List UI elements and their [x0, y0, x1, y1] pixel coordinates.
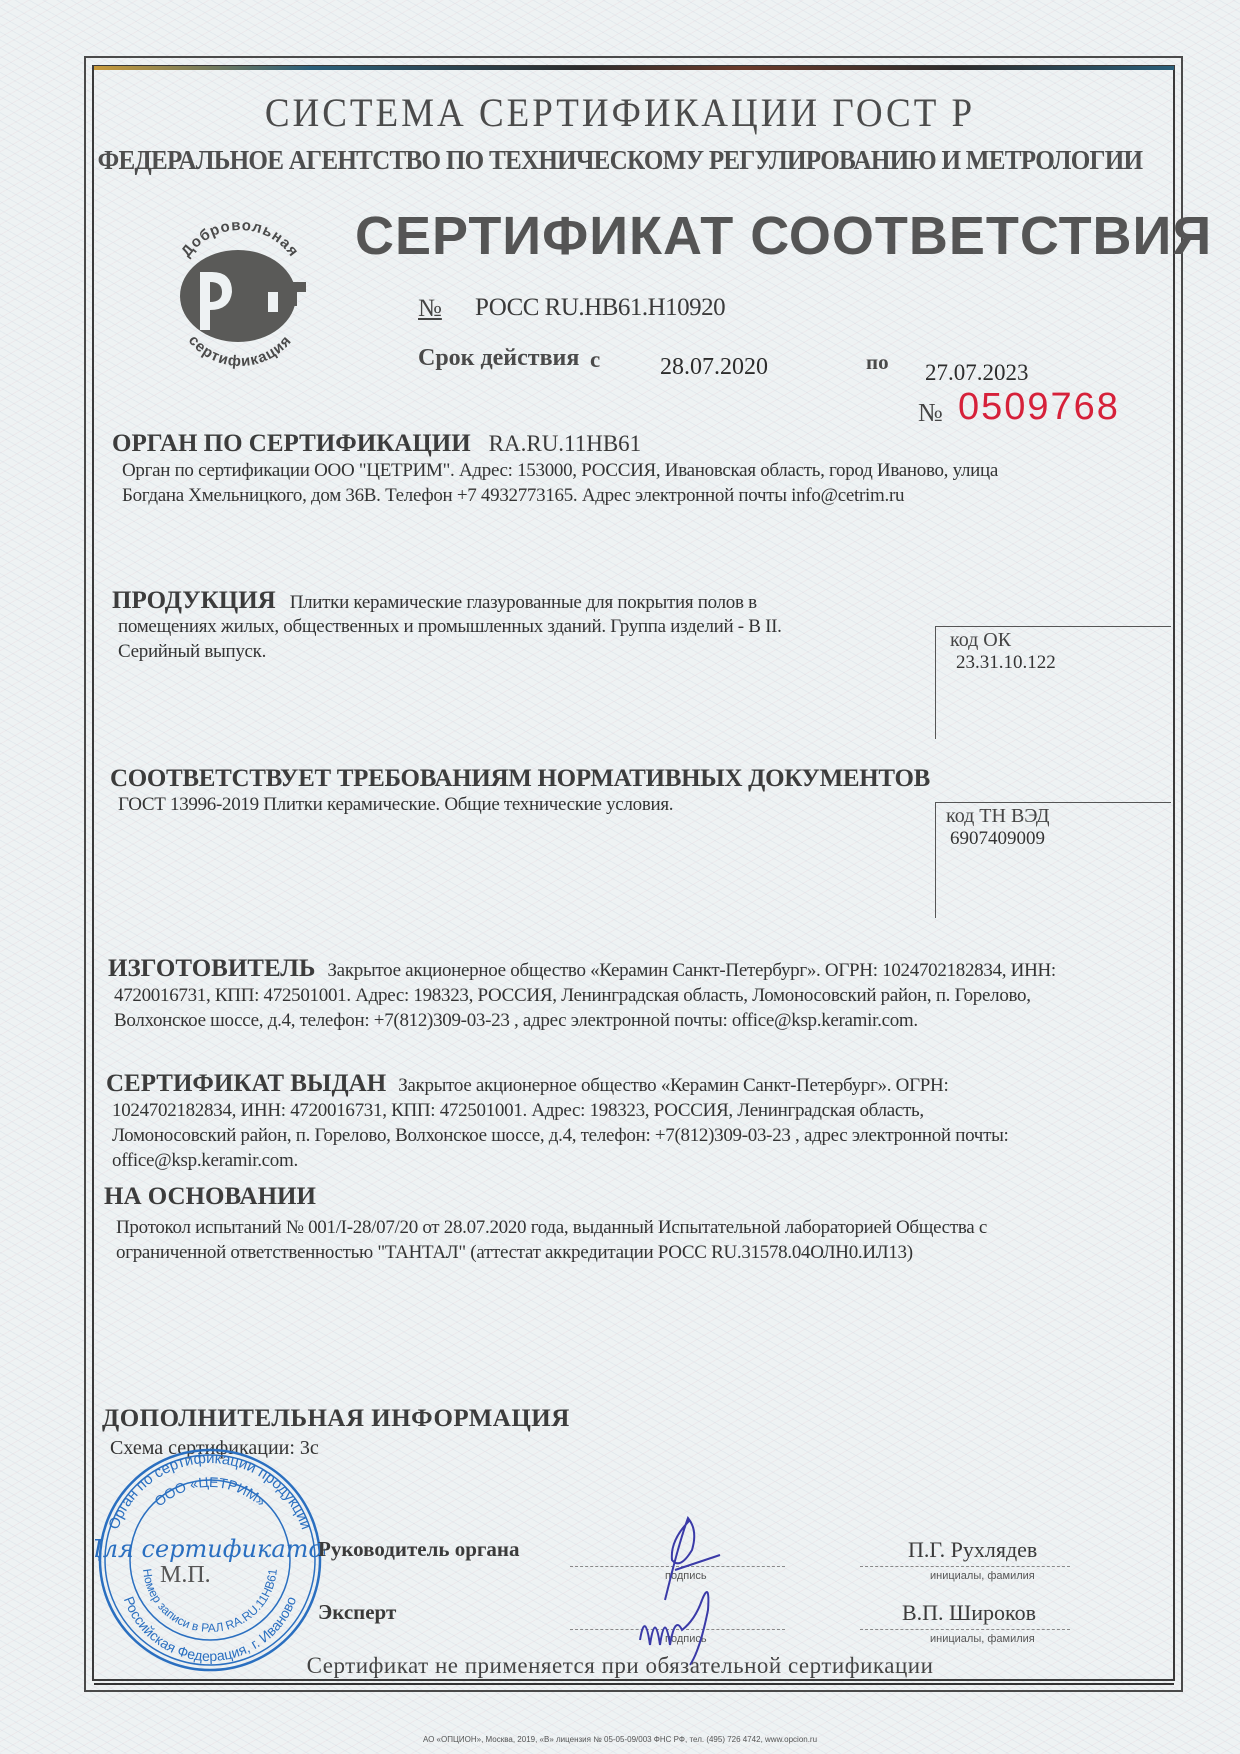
- manufacturer-details: 4720016731, КПП: 472501001. Адрес: 19832…: [114, 983, 1031, 1033]
- head-name-line: [860, 1566, 1070, 1567]
- handwritten-signatures: [620, 1500, 740, 1670]
- head-of-body-label: Руководитель органа: [318, 1537, 520, 1562]
- validity-label: Срок действия: [418, 345, 579, 372]
- certification-body-code: RA.RU.11HB61: [489, 431, 642, 456]
- svg-text:ООО «ЦЕТРИМ»: ООО «ЦЕТРИМ»: [151, 1474, 269, 1510]
- certificate-number: РОСС RU.HB61.H10920: [475, 294, 725, 322]
- expert-label: Эксперт: [318, 1600, 396, 1625]
- printer-imprint: АО «ОПЦИОН», Москва, 2019, «В» лицензия …: [0, 1735, 1240, 1744]
- certification-body-section: ОРГАН ПО СЕРТИФИКАЦИИ RA.RU.11HB61: [112, 430, 641, 458]
- expert-name-line: [860, 1629, 1070, 1630]
- issued-to-first-line: Закрытое акционерное общество «Керамин С…: [398, 1075, 948, 1096]
- validity-to-label: по: [866, 350, 889, 375]
- agency-title: ФЕДЕРАЛЬНОЕ АГЕНТСТВО ПО ТЕХНИЧЕСКОМУ РЕ…: [43, 145, 1196, 176]
- basis-details: Протокол испытаний № 001/I-28/07/20 от 2…: [116, 1215, 987, 1265]
- valid-to-date: 27.07.2023: [925, 360, 1029, 386]
- product-line: Серийный выпуск.: [118, 639, 782, 664]
- certification-body-details: Орган по сертификации ООО "ЦЕТРИМ". Адре…: [122, 458, 1162, 508]
- code-ok-value: 23.31.10.122: [936, 652, 1171, 674]
- head-name: П.Г. Рухлядев: [908, 1537, 1037, 1563]
- manufacturer-line: Волхонское шоссе, д.4, телефон: +7(812)3…: [114, 1008, 1031, 1033]
- issued-to-details: 1024702182834, ИНН: 4720016731, КПП: 472…: [112, 1098, 1009, 1173]
- basis-heading: НА ОСНОВАНИИ: [104, 1183, 316, 1211]
- validity-from-label: с: [590, 347, 600, 373]
- issued-to-line: 1024702182834, ИНН: 4720016731, КПП: 472…: [112, 1098, 1009, 1123]
- manufacturer-section: ИЗГОТОВИТЕЛЬ Закрытое акционерное общест…: [108, 955, 1056, 983]
- requirements-text: ГОСТ 13996-2019 Плитки керамические. Общ…: [118, 792, 673, 817]
- product-description-first: Плитки керамические глазурованные для по…: [290, 592, 757, 613]
- certification-body-heading: ОРГАН ПО СЕРТИФИКАЦИИ: [112, 430, 471, 457]
- expert-name-caption: инициалы, фамилия: [930, 1633, 1035, 1645]
- issued-to-heading: СЕРТИФИКАТ ВЫДАН: [106, 1070, 386, 1097]
- code-ok-label: код ОК: [936, 627, 1171, 652]
- rst-voluntary-certification-logo: Добровольная сертификация: [160, 212, 320, 372]
- certification-body-stamp: Орган по сертификации продукции ООО «ЦЕТ…: [95, 1445, 325, 1675]
- footer-note: Сертификат не применяется при обязательн…: [0, 1653, 1240, 1679]
- head-name-caption: инициалы, фамилия: [930, 1570, 1035, 1582]
- svg-text:Орган по сертификации продукци: Орган по сертификации продукции: [105, 1450, 314, 1532]
- decorative-top-rule: [94, 66, 1174, 70]
- issued-to-section: СЕРТИФИКАТ ВЫДАН Закрытое акционерное об…: [106, 1070, 948, 1098]
- bottom-rule: [94, 1683, 1174, 1685]
- basis-line: Протокол испытаний № 001/I-28/07/20 от 2…: [116, 1215, 987, 1240]
- manufacturer-line: 4720016731, КПП: 472501001. Адрес: 19832…: [114, 983, 1031, 1008]
- code-ok-box: код ОК 23.31.10.122: [935, 626, 1171, 739]
- additional-info-heading: ДОПОЛНИТЕЛЬНАЯ ИНФОРМАЦИЯ: [102, 1405, 570, 1433]
- basis-line: ограниченной ответственностью "ТАНТАЛ" (…: [116, 1240, 987, 1265]
- code-tnved-label: код ТН ВЭД: [936, 803, 1171, 828]
- stamp-org: ООО «ЦЕТРИМ»: [151, 1474, 269, 1510]
- serial-number-label: №: [918, 398, 943, 428]
- issued-to-line: office@ksp.keramir.com.: [112, 1148, 1009, 1173]
- valid-from-date: 28.07.2020: [660, 354, 768, 381]
- product-line: помещениях жилых, общественных и промышл…: [118, 614, 782, 639]
- certification-body-line: Орган по сертификации ООО "ЦЕТРИМ". Адре…: [122, 458, 1162, 483]
- code-tnved-value: 6907409009: [936, 828, 1171, 850]
- head-signature: [665, 1518, 694, 1600]
- stamp-center-text: Для сертификатов: [95, 1535, 325, 1563]
- stamp-outer-text: Орган по сертификации продукции: [105, 1450, 314, 1532]
- expert-name: В.П. Широков: [902, 1600, 1036, 1626]
- serial-number: 0509768: [958, 386, 1120, 429]
- product-section: ПРОДУКЦИЯ Плитки керамические глазурован…: [112, 587, 757, 615]
- certification-body-line: Богдана Хмельницкого, дом 36В. Телефон +…: [122, 483, 1162, 508]
- system-title: СИСТЕМА СЕРТИФИКАЦИИ ГОСТ Р: [0, 90, 1240, 137]
- seal-place-label: М.П.: [160, 1562, 211, 1589]
- code-tnved-box: код ТН ВЭД 6907409009: [935, 802, 1171, 918]
- issued-to-line: Ломоносовский район, п. Горелово, Волхон…: [112, 1123, 1009, 1148]
- product-heading: ПРОДУКЦИЯ: [112, 587, 276, 614]
- product-description: помещениях жилых, общественных и промышл…: [118, 614, 782, 664]
- manufacturer-first-line: Закрытое акционерное общество «Керамин С…: [327, 960, 1055, 981]
- certificate-number-label: №: [418, 295, 442, 323]
- requirements-heading: СООТВЕТСТВУЕТ ТРЕБОВАНИЯМ НОРМАТИВНЫХ ДО…: [110, 765, 930, 793]
- manufacturer-heading: ИЗГОТОВИТЕЛЬ: [108, 955, 315, 982]
- certificate-title: СЕРТИФИКАТ СООТВЕТСТВИЯ: [355, 205, 1212, 267]
